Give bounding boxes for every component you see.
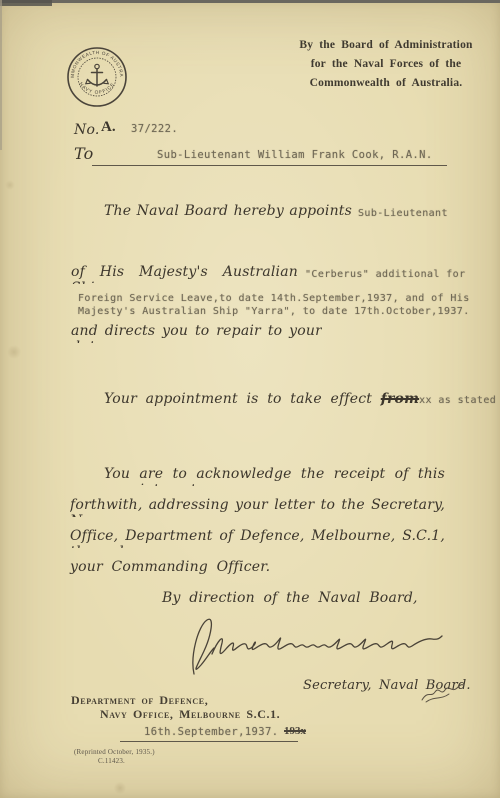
typed-insert-line: Foreign Service Leave,to date 14th.Septe… bbox=[78, 293, 470, 304]
appointment-printed-text: The Naval Board hereby appoints you bbox=[104, 203, 352, 223]
scan-edge-left bbox=[0, 0, 2, 150]
form-code: C.11423. bbox=[98, 757, 125, 765]
effect-printed-text: Your appointment is to take effect bbox=[104, 391, 381, 407]
document-page: COMMONWEALTH OF AUSTRALIA NAVY OFFICE By… bbox=[0, 0, 500, 798]
ack-line: Office, Department of Defence, Melbourne… bbox=[70, 528, 445, 548]
typed-insert-line: Majesty's Australian Ship "Yarra", to da… bbox=[78, 306, 470, 317]
directs-printed-text: and directs you to repair to your duty. bbox=[71, 323, 322, 343]
date-typed: 16th.September,1937. bbox=[144, 726, 278, 738]
addressee-name: Sub-Lieutenant William Frank Cook, R.A.N… bbox=[157, 149, 433, 161]
anchor-icon bbox=[86, 64, 109, 86]
navy-office-line: Navy Office, Melbourne S.C.1. bbox=[100, 707, 280, 722]
to-label: To bbox=[74, 144, 93, 163]
effect-strike-marks: xx bbox=[419, 395, 432, 406]
reference-series: A. bbox=[101, 119, 116, 136]
effect-line: Your appointment is to take effect fromx… bbox=[104, 388, 500, 407]
by-direction-text: By direction of the Naval Board, bbox=[162, 590, 418, 606]
scan-edge-corner bbox=[0, 0, 52, 6]
handwritten-annotation-squiggle bbox=[419, 681, 465, 705]
reference-number: 37/222. bbox=[131, 123, 178, 135]
effect-typed-text: as stated above. bbox=[432, 395, 500, 406]
reference-no-label: No. bbox=[74, 122, 99, 138]
ship-typed-text: "Cerberus" additional for bbox=[305, 269, 466, 280]
department-line: Department of Defence, bbox=[71, 693, 208, 708]
commonwealth-navy-office-seal: COMMONWEALTH OF AUSTRALIA NAVY OFFICE bbox=[65, 45, 129, 109]
date-printed-struck: 193x bbox=[284, 725, 306, 737]
addressee-underline bbox=[92, 164, 447, 166]
issuer-line: By the Board of Administration bbox=[295, 36, 477, 55]
appointment-rank-typed: Sub-Lieutenant bbox=[358, 208, 448, 219]
scan-edge-top bbox=[0, 0, 500, 3]
issuer-line: for the Naval Forces of the bbox=[295, 55, 477, 74]
issuer-line: Commonwealth of Australia. bbox=[295, 74, 477, 93]
ack-line: forthwith, addressing your letter to the… bbox=[70, 497, 445, 517]
signature-scrawl bbox=[188, 610, 446, 680]
ship-printed-text: of His Majesty's Australian Ship bbox=[71, 264, 298, 284]
issuer-block: By the Board of Administration for the N… bbox=[295, 36, 477, 93]
ack-line: your Commanding Officer. bbox=[70, 559, 270, 575]
reprint-note: (Reprinted October, 1935.) bbox=[74, 748, 155, 756]
effect-struck-word: from bbox=[381, 391, 419, 407]
ack-line: You are to acknowledge the receipt of th… bbox=[104, 466, 445, 486]
date-underline bbox=[120, 740, 298, 742]
